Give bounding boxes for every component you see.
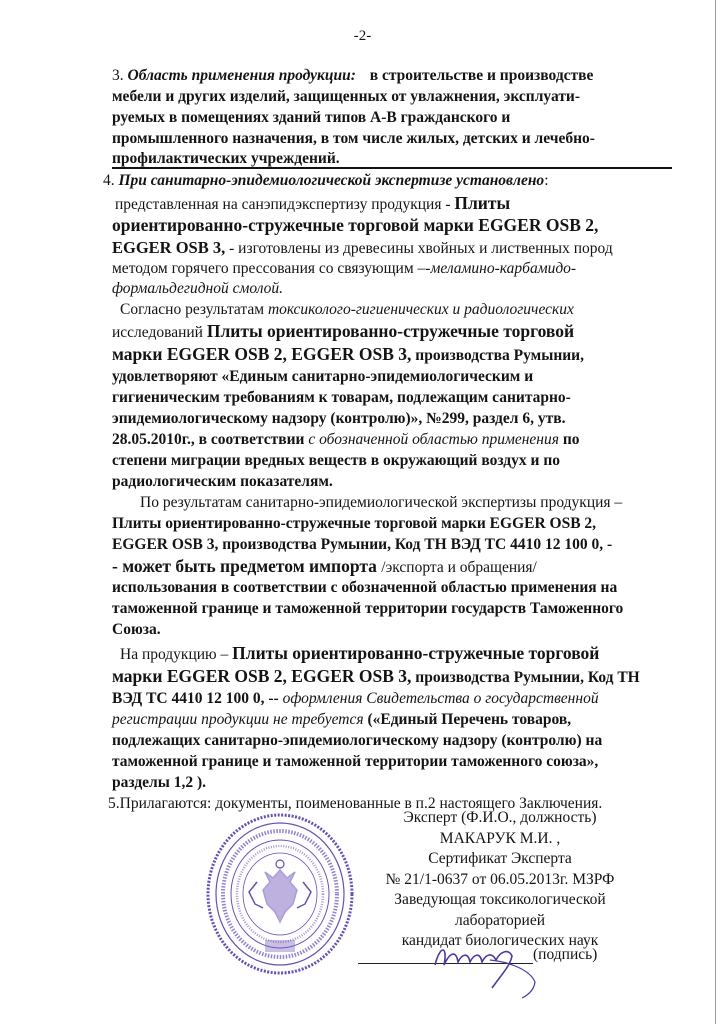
section-3-line-1: 3. Область применения продукции: в строи… [112,66,593,86]
p1-line-2: ориентированно-стружечные торговой марки… [112,215,598,235]
section-divider [112,167,672,169]
p4-line-6: таможенной границе и таможенной территор… [112,752,598,772]
p1-line-3: EGGER OSB 3, - изготовлены из древесины … [112,238,613,259]
section-3-text: в строительстве и производстве [370,67,594,84]
certificate-number: № 21/1-0637 от 06.05.2013г. МЗРФ [355,870,645,891]
section-4-heading-line: 4. При санитарно-эпидемиологической эксп… [103,171,549,191]
p3-line-6: таможенной границе и таможенной территор… [112,599,623,619]
p2-line-1: Согласно результатам токсиколого-гигиени… [120,300,574,320]
section-3-line-5: профилактических учреждений. [112,149,340,169]
p2-line-4: удовлетворяют «Единым санитарно-эпидемио… [112,367,533,387]
p3-line-1: По результатам санитарно-эпидемиологичес… [140,493,622,513]
handwritten-signature-icon [430,940,540,1000]
p3-line-2: Плиты ориентированно-стружечные торговой… [112,514,596,534]
p4-line-4: регистрации продукции не требуется («Еди… [112,710,571,730]
p2-line-2: исследований Плиты ориентированно-струже… [112,321,574,343]
position-line-1: Заведующая токсикологической [355,890,645,911]
p2-line-7: 28.05.2010г., в соответствии с обозначен… [112,430,580,450]
p4-line-3: ВЭД ТС 4410 12 100 0, -- оформления Свид… [112,689,599,709]
section-3-line-2: мебели и других изделий, защищенных от у… [112,87,580,107]
section-4-heading: При санитарно-эпидемиологической эксперт… [119,172,545,189]
page-edge [715,0,716,1024]
p3-line-4: - может быть предметом импорта /экспорта… [112,556,537,578]
section-3-heading: Область применения продукции: [128,67,356,84]
p1-line-5: формальдегидной смолой. [112,279,283,299]
p4-line-7: разделы 1,2 ). [112,773,206,793]
section-3-line-4: промышленного назначения, в том числе жи… [112,129,595,149]
expert-name: МАКАРУК М.И. , [355,829,645,850]
p3-line-5: использования в соответствии с обозначен… [112,578,617,598]
p3-line-7: Союза. [112,620,161,640]
p1-line-4: методом горячего прессования со связующи… [112,259,576,279]
p2-line-6: эпидемиологическому надзору (контролю)»,… [112,409,565,429]
p3-line-3: EGGER OSB 3, производства Румынии, Код Т… [112,535,612,555]
p2-line-5: гигиеническим требованиям к товарам, под… [112,388,571,408]
p4-line-2: марки EGGER OSB 2, EGGER OSB 3, производ… [112,666,640,688]
p1-line-1: представленная на санэпидэкспертизу прод… [115,193,510,215]
p4-line-5: подлежащих санитарно-эпидемиологическому… [112,731,602,751]
expert-label: Эксперт (Ф.И.О., должность) [355,808,645,829]
p2-line-9: радиологическим показателям. [112,472,333,492]
section-3-number: 3. [112,67,124,84]
signature-label: (подпись) [533,946,597,964]
page-number: -2- [0,28,725,45]
section-4-number: 4. [103,172,115,189]
section-3-line-3: руемых в помещениях зданий типов А-В гра… [112,108,510,128]
p4-line-1: На продукцию – Плиты ориентированно-стру… [120,643,599,665]
signature-block: Эксперт (Ф.И.О., должность) МАКАРУК М.И.… [355,808,645,952]
p2-line-8: степени миграции вредных веществ в окруж… [112,451,560,471]
official-stamp-icon [205,812,355,977]
position-line-2: лабораторией [355,911,645,932]
p2-line-3: марки EGGER OSB 2, EGGER OSB 3, производ… [112,344,584,366]
certificate-label: Сертификат Эксперта [355,849,645,870]
